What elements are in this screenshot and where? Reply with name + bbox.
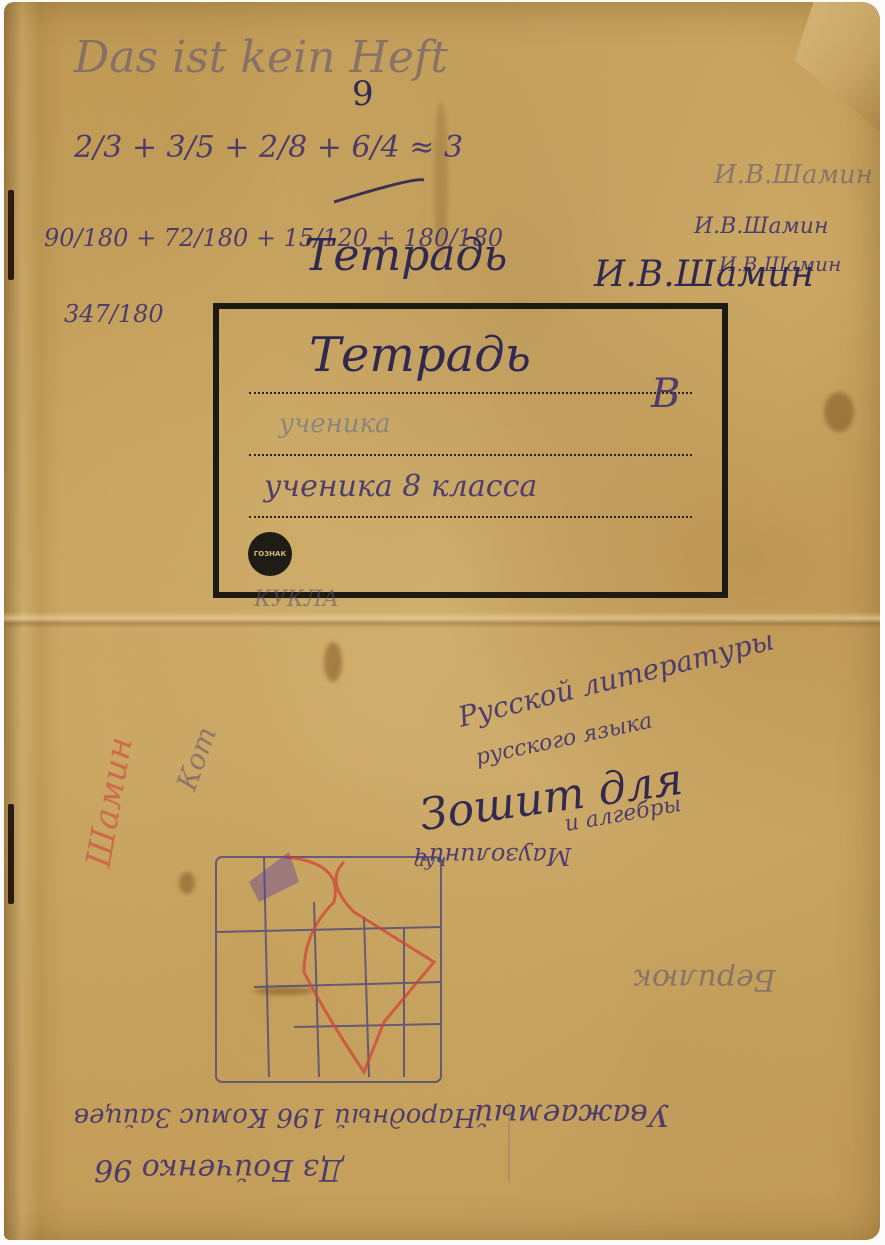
grid-drawing xyxy=(4,2,880,1240)
right-upside-text: Берилюк xyxy=(634,962,776,997)
bottom-upside-text-1: Народный 196 Комис Зайцев xyxy=(74,1102,476,1132)
notebook-cover: Das ist kein Heft 9 2/3 + 3/5 + 2/8 + 6/… xyxy=(4,2,880,1240)
bottom-upside-text-3: Уважаемый xyxy=(474,1097,669,1132)
bottom-upside-text-2: Дз Бойченко 96 xyxy=(94,1152,344,1187)
